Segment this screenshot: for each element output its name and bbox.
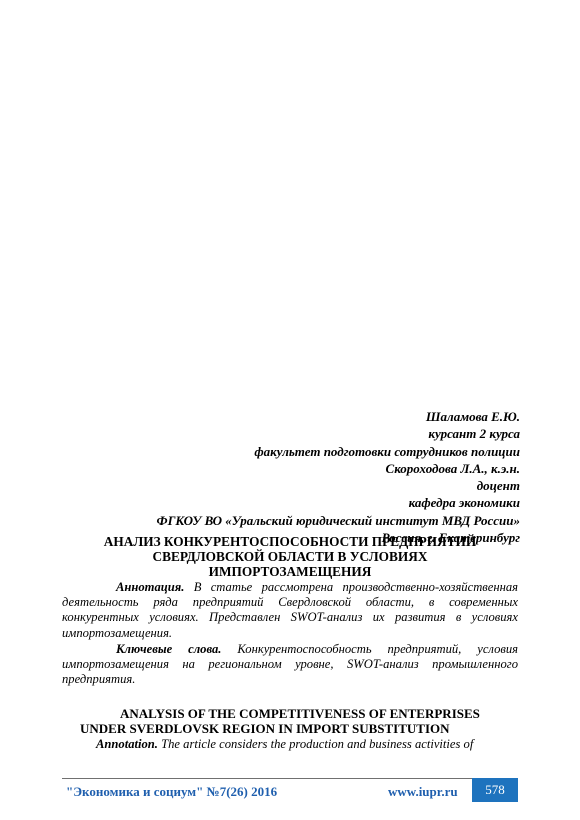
abstract-en-text: The article considers the production and… <box>158 737 473 751</box>
author-block: Шаламова Е.Ю. курсант 2 курса факультет … <box>60 408 520 546</box>
abstract-en-label: Annotation. <box>96 737 158 751</box>
title-ru-line-2: СВЕРДЛОВСКОЙ ОБЛАСТИ В УСЛОВИЯХ <box>60 549 520 564</box>
author-position-2: доцент <box>60 477 520 494</box>
abstract-ru-label: Аннотация. <box>116 580 184 594</box>
footer-journal-info: "Экономика и социум" №7(26) 2016 <box>66 784 277 800</box>
author-name-2: Скороходова Л.А., к.э.н. <box>60 460 520 477</box>
title-ru-line-1: АНАЛИЗ КОНКУРЕНТОСПОСОБНОСТИ ПРЕДПРИЯТИЙ <box>60 534 520 549</box>
title-en-line-1: ANALYSIS OF THE COMPETITIVENESS OF ENTER… <box>62 706 518 721</box>
author-name-1: Шаламова Е.Ю. <box>60 408 520 425</box>
abstract-en: Annotation. The article considers the pr… <box>62 737 518 752</box>
author-department: кафедра экономики <box>60 494 520 511</box>
author-position-1: курсант 2 курса <box>60 425 520 442</box>
article-title-en: ANALYSIS OF THE COMPETITIVENESS OF ENTER… <box>62 706 518 736</box>
footer-website-link[interactable]: www.iupr.ru <box>388 784 458 800</box>
article-title-ru: АНАЛИЗ КОНКУРЕНТОСПОСОБНОСТИ ПРЕДПРИЯТИЙ… <box>60 534 520 579</box>
footer-divider <box>62 778 518 779</box>
document-page: Шаламова Е.Ю. курсант 2 курса факультет … <box>0 0 580 820</box>
author-institution: ФГКОУ ВО «Уральский юридический институт… <box>60 512 520 529</box>
keywords-ru-label: Ключевые слова. <box>116 642 221 656</box>
title-ru-line-3: ИМПОРТОЗАМЕЩЕНИЯ <box>60 564 520 579</box>
abstract-ru: Аннотация. В статье рассмотрена производ… <box>62 580 518 641</box>
title-en-line-2: UNDER SVERDLOVSK REGION IN IMPORT SUBSTI… <box>62 721 518 736</box>
keywords-ru: Ключевые слова. Конкурентоспособность пр… <box>62 642 518 688</box>
author-faculty: факультет подготовки сотрудников полиции <box>60 443 520 460</box>
page-number-badge: 578 <box>472 778 518 802</box>
